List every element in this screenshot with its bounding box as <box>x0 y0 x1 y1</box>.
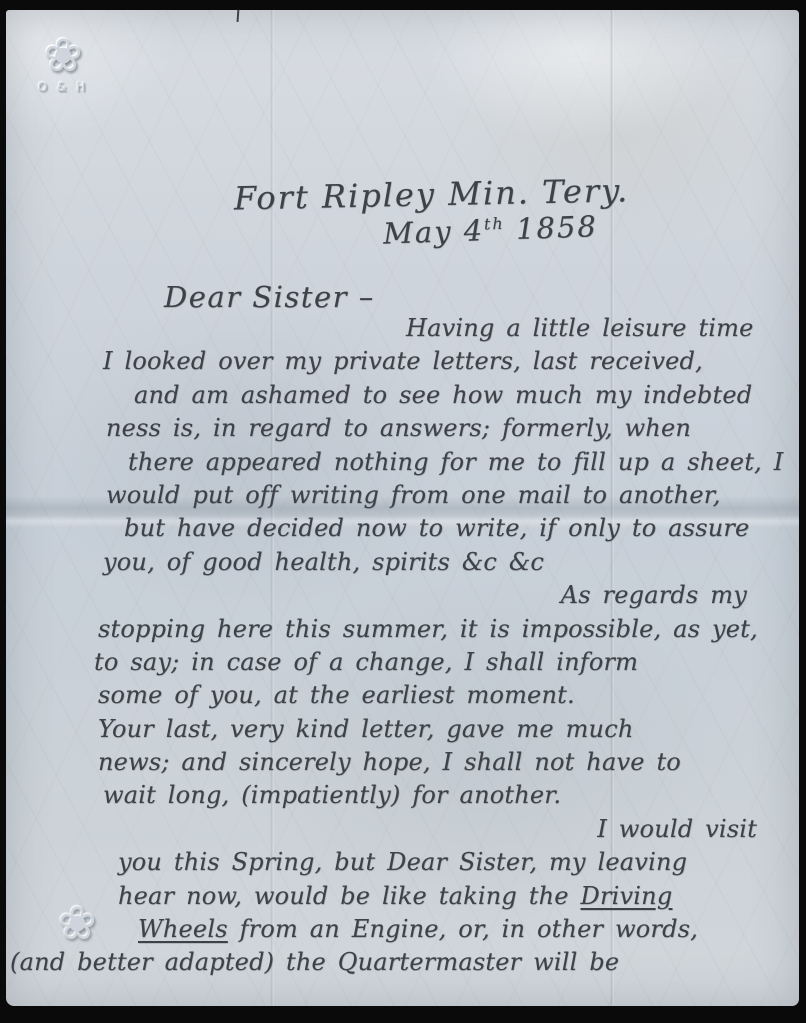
letter-line: hear now, would be like taking the Drivi… <box>6 880 799 913</box>
rosette-embossed-seal-icon: ❀ <box>38 32 88 78</box>
letter-line: wait long, (impatiently) for another. <box>6 779 799 812</box>
letter-line: to say; in case of a change, I shall inf… <box>6 646 799 679</box>
letter-line: I looked over my private letters, last r… <box>6 345 799 378</box>
letter-line: but have decided now to write, if only t… <box>6 512 799 545</box>
paper-tear-mark <box>237 8 240 22</box>
letter-line: Your last, very kind letter, gave me muc… <box>6 713 799 746</box>
embossed-seal-top: ❀ O & H <box>38 32 88 94</box>
letter-line: stopping here this summer, it is impossi… <box>6 613 799 646</box>
letter-line: and am ashamed to see how much my indebt… <box>6 379 799 412</box>
letter-scan: ❀ O & H ❀ Fort Ripley Min. Tery. May 4th… <box>0 0 806 1023</box>
letter-line: some of you, at the earliest moment. <box>6 679 799 712</box>
letter-line: you this Spring, but Dear Sister, my lea… <box>6 846 799 879</box>
embossed-seal-letters: O & H <box>38 80 88 94</box>
letter-body: Having a little leisure time I looked ov… <box>6 312 799 980</box>
letter-page: ❀ O & H ❀ Fort Ripley Min. Tery. May 4th… <box>6 10 799 1006</box>
letter-line: Wheels from an Engine, or, in other word… <box>6 913 799 946</box>
letter-line: I would visit <box>6 813 799 846</box>
letter-line: news; and sincerely hope, I shall not ha… <box>6 746 799 779</box>
letter-line: (and better adapted) the Quartermaster w… <box>6 946 799 979</box>
letter-line: would put off writing from one mail to a… <box>6 479 799 512</box>
letter-line: there appeared nothing for me to fill up… <box>6 446 799 479</box>
letter-salutation: Dear Sister – <box>164 280 375 314</box>
letter-line: you, of good health, spirits &c &c <box>6 546 799 579</box>
letter-line: As regards my <box>6 579 799 612</box>
letter-line: Having a little leisure time <box>6 312 799 345</box>
letter-line: ness is, in regard to answers; formerly,… <box>6 412 799 445</box>
